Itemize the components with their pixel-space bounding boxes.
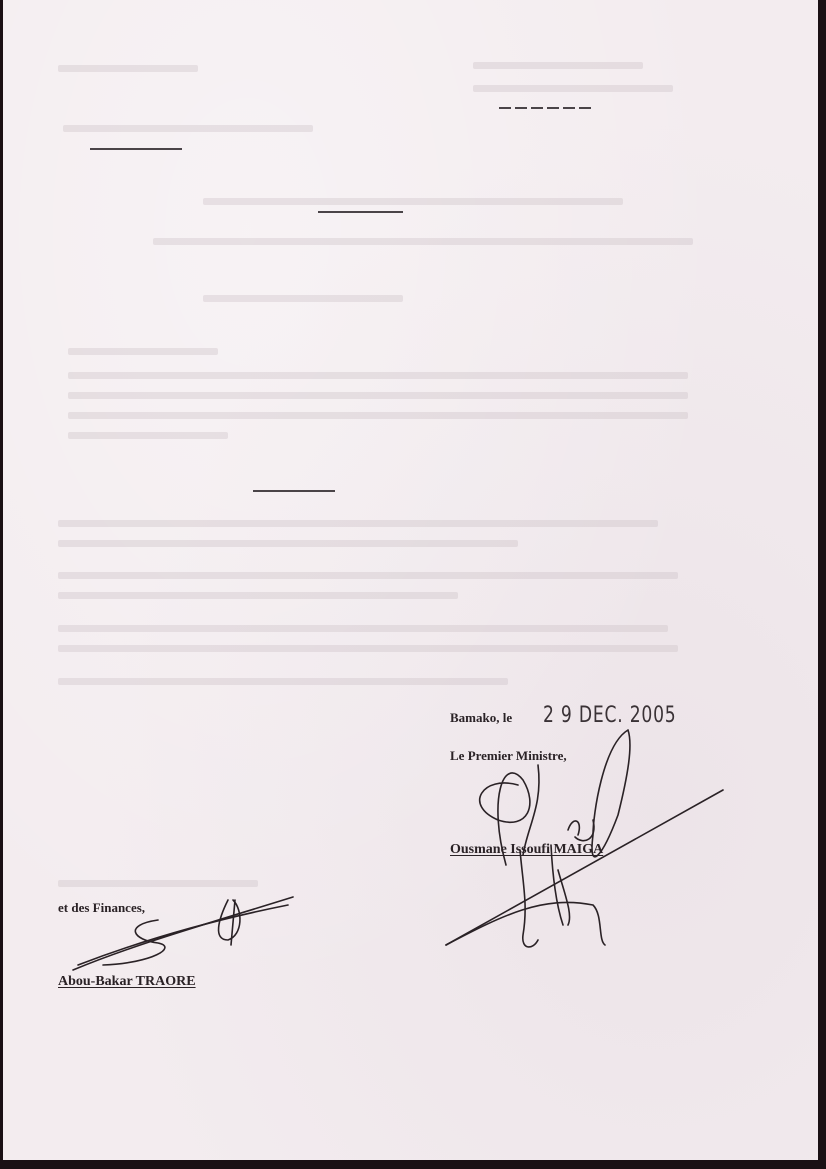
faded-text-line [58, 520, 658, 527]
faded-text-line [473, 85, 673, 92]
faded-text-line [58, 592, 458, 599]
faded-text-line [68, 372, 688, 379]
faded-text-line [68, 348, 218, 355]
faded-text-line [153, 238, 693, 245]
faded-text-line [58, 540, 518, 547]
header-left-rule [90, 148, 182, 150]
faded-text-line [58, 572, 678, 579]
faded-text-line [58, 65, 198, 72]
title-number-rule [318, 211, 403, 213]
faded-text-line [63, 125, 313, 132]
faded-text-line [68, 392, 688, 399]
faded-text-line [58, 625, 668, 632]
header-right-rule [499, 107, 595, 109]
section-heading-rule [253, 490, 335, 492]
scanned-page: Bamako, le 2 9 DEC. 2005 Le Premier Mini… [3, 0, 818, 1160]
faded-text-line [203, 198, 623, 205]
prime-minister-signature [443, 725, 733, 955]
faded-text-line [473, 62, 643, 69]
faded-text-line [58, 645, 678, 652]
place-date-label: Bamako, le [450, 710, 512, 726]
faded-text-line [68, 432, 228, 439]
finance-minister-signature [63, 885, 303, 985]
faded-text-line [68, 412, 688, 419]
faded-text-line [203, 295, 403, 302]
faded-text-line [58, 678, 508, 685]
